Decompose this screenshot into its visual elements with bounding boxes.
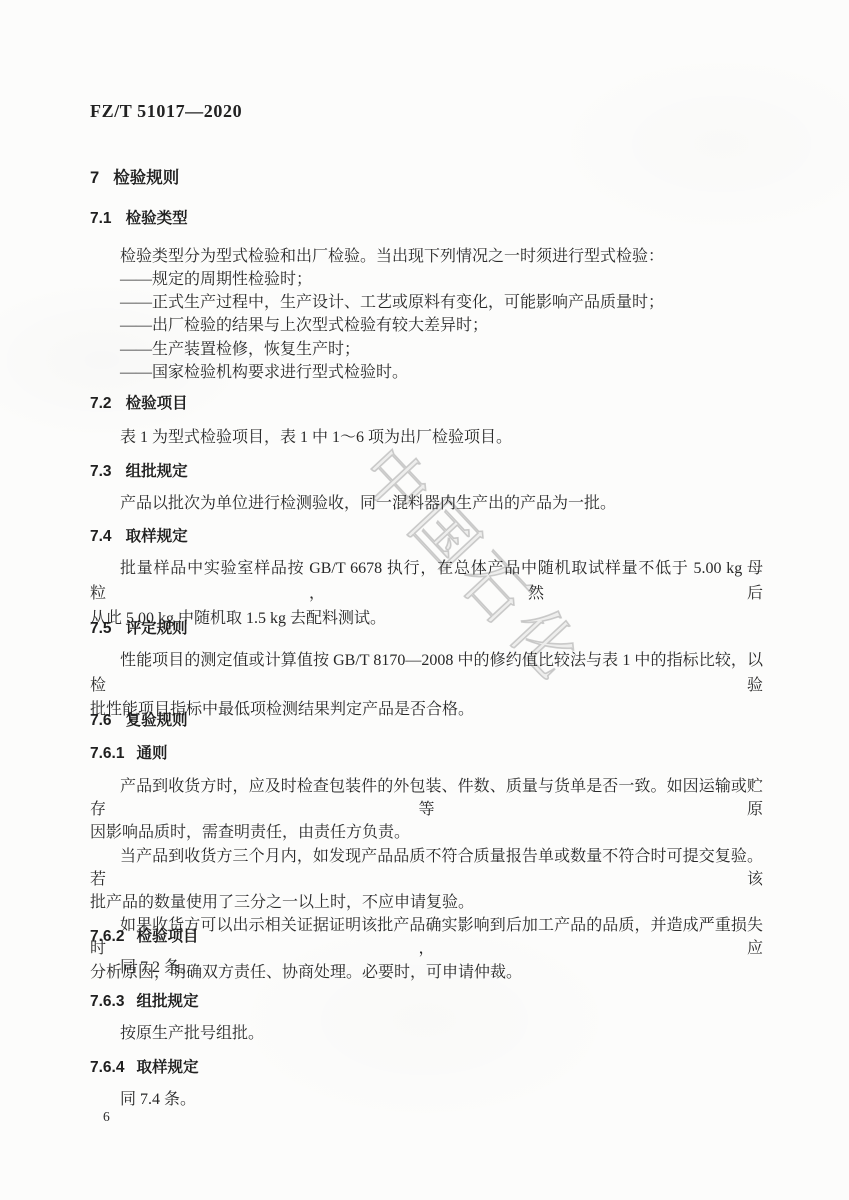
heading-title: 检验类型 xyxy=(126,206,188,228)
paragraph-line: 按原生产批号组批。 xyxy=(90,1022,763,1045)
paragraph-7-2: 表 1 为型式检验项目，表 1 中 1～6 项为出厂检验项目。 xyxy=(90,426,763,449)
heading-7-6: 7.6 复验规则 xyxy=(90,708,763,730)
paragraph-7-1-intro: 检验类型分为型式检验和出厂检验。当出现下列情况之一时须进行型式检验： xyxy=(90,245,763,268)
heading-title: 通则 xyxy=(136,741,167,763)
dash-list-item: ——生产装置检修，恢复生产时； xyxy=(90,338,763,361)
paragraph-line: 当产品到收货方三个月内，如发现产品品质不符合质量报告单或数量不符合时可提交复验。… xyxy=(90,845,763,891)
heading-title: 评定规则 xyxy=(126,616,188,638)
paragraphs-7-6-1: 产品到收货方时，应及时检查包装件的外包装、件数、质量与货单是否一致。如因运输或贮… xyxy=(90,775,763,984)
paragraph-line: 批产品的数量使用了三分之一以上时，不应申请复验。 xyxy=(90,891,763,914)
heading-number: 7.1 xyxy=(90,210,112,228)
paragraph-line: 同 7.2 条。 xyxy=(90,956,763,979)
heading-title: 取样规定 xyxy=(136,1055,198,1077)
heading-number: 7.6.4 xyxy=(90,1059,124,1077)
paragraph-line: 检验类型分为型式检验和出厂检验。当出现下列情况之一时须进行型式检验： xyxy=(90,245,763,268)
dash-list-item: ——出厂检验的结果与上次型式检验有较大差异时； xyxy=(90,314,763,337)
heading-number: 7.6.2 xyxy=(90,928,124,946)
heading-7-6-1: 7.6.1 通则 xyxy=(90,741,763,763)
paragraph-7-6-2: 同 7.2 条。 xyxy=(90,956,763,979)
heading-number: 7 xyxy=(90,169,99,188)
page-number: 6 xyxy=(103,1109,110,1125)
heading-title: 检验项目 xyxy=(126,391,188,413)
paragraph-line: 表 1 为型式检验项目，表 1 中 1～6 项为出厂检验项目。 xyxy=(90,426,763,449)
heading-number: 7.6.3 xyxy=(90,993,124,1011)
paragraph-line: 批量样品中实验室样品按 GB/T 6678 执行，在总体产品中随机取试样量不低于… xyxy=(90,557,763,607)
heading-number: 7.5 xyxy=(90,620,112,638)
heading-number: 7.6.1 xyxy=(90,745,124,763)
paragraph-7-3: 产品以批次为单位进行检测验收，同一混料器内生产出的产品为一批。 xyxy=(90,492,763,515)
heading-title: 检验项目 xyxy=(136,924,198,946)
standard-code: FZ/T 51017—2020 xyxy=(90,101,242,122)
heading-number: 7.3 xyxy=(90,463,112,481)
heading-7-6-4: 7.6.4 取样规定 xyxy=(90,1055,763,1077)
paragraph-line: 同 7.4 条。 xyxy=(90,1088,763,1111)
heading-title: 复验规则 xyxy=(126,708,188,730)
heading-7-6-2: 7.6.2 检验项目 xyxy=(90,924,763,946)
document-page: 中国石化 FZ/T 51017—2020 7 检验规则 7.1 检验类型 检验类… xyxy=(0,0,849,1200)
heading-7-6-3: 7.6.3 组批规定 xyxy=(90,989,763,1011)
heading-chapter-7: 7 检验规则 xyxy=(90,164,763,188)
paragraph-7-6-4: 同 7.4 条。 xyxy=(90,1088,763,1111)
heading-number: 7.6 xyxy=(90,712,112,730)
heading-7-5: 7.5 评定规则 xyxy=(90,616,763,638)
heading-7-4: 7.4 取样规定 xyxy=(90,524,763,546)
dash-list-item: ——正式生产过程中，生产设计、工艺或原料有变化，可能影响产品质量时； xyxy=(90,291,763,314)
paragraph-7-6-3: 按原生产批号组批。 xyxy=(90,1022,763,1045)
heading-title: 组批规定 xyxy=(136,989,198,1011)
heading-title: 检验规则 xyxy=(113,164,179,188)
paragraph-line: 产品以批次为单位进行检测验收，同一混料器内生产出的产品为一批。 xyxy=(90,492,763,515)
heading-7-2: 7.2 检验项目 xyxy=(90,391,763,413)
dash-list-7-1: ——规定的周期性检验时； ——正式生产过程中，生产设计、工艺或原料有变化，可能影… xyxy=(90,268,763,384)
dash-list-item: ——规定的周期性检验时； xyxy=(90,268,763,291)
heading-number: 7.2 xyxy=(90,395,112,413)
dash-list-item: ——国家检验机构要求进行型式检验时。 xyxy=(90,361,763,384)
heading-7-1: 7.1 检验类型 xyxy=(90,206,763,228)
heading-number: 7.4 xyxy=(90,528,112,546)
heading-title: 组批规定 xyxy=(126,459,188,481)
heading-title: 取样规定 xyxy=(126,524,188,546)
heading-7-3: 7.3 组批规定 xyxy=(90,459,763,481)
paragraph-line: 产品到收货方时，应及时检查包装件的外包装、件数、质量与货单是否一致。如因运输或贮… xyxy=(90,775,763,821)
paragraph-line: 因影响品质时，需查明责任，由责任方负责。 xyxy=(90,821,763,844)
paragraph-line: 性能项目的测定值或计算值按 GB/T 8170—2008 中的修约值比较法与表 … xyxy=(90,649,763,698)
